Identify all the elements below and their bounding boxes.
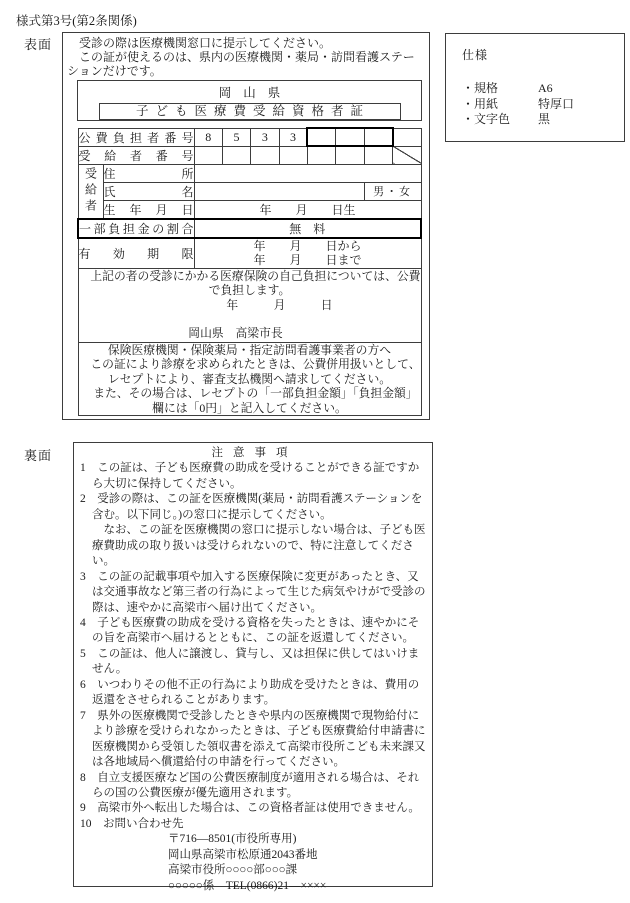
bold-frame-cell (307, 128, 335, 146)
statement-row: 上記の者の受診にかかる医療保険の自己負担については、公費で負担します。 年 月 … (78, 268, 421, 342)
certificate-title: 子ども医療費受給資格者証 (99, 103, 401, 120)
prefecture-name: 岡山県 (78, 83, 421, 101)
diagonal-slash-cell (393, 146, 421, 164)
front-side-label: 表面 (24, 34, 52, 53)
note-item: 1 この証は、子ども医療費の助成を受けることができる証ですから大切に保持してくだ… (80, 461, 429, 492)
note-item: 10 お問い合わせ先 (80, 817, 429, 832)
contact-line: 高梁市役所○○○○部○○○課 (80, 863, 429, 878)
empty-digit-cell (194, 146, 222, 164)
spec-item-value: 特厚口 (538, 97, 574, 113)
statement-text: 上記の者の受診にかかる医療保険の自己負担については、公費で負担します。 (79, 269, 421, 298)
spec-title: 仕様 (462, 46, 624, 63)
name-row: 氏名 男・女 (78, 182, 421, 200)
empty-digit-cell (251, 146, 279, 164)
bold-frame-cell (364, 128, 392, 146)
spec-item: ・文字色 黒 (462, 112, 624, 128)
recipient-group-label: 受給者 (85, 167, 97, 215)
provider-notice-section: 保険医療機関・保険薬局・指定訪問看護事業者の方へ この証により診療を求められたと… (78, 342, 421, 416)
note-item: 7 県外の医療機関で受診したときや県内の医療機関で現物給付により診療を受けられな… (80, 709, 429, 771)
spec-item-label: ・規格 (462, 81, 538, 97)
payer-digit-cell: 5 (222, 128, 250, 146)
front-intro: 受診の際は医療機関窓口に提示してください。 この証が使えるのは、県内の医療機関・… (67, 36, 423, 78)
spec-item-value: A6 (538, 81, 553, 97)
statement-date: 年 月 日 (79, 298, 421, 313)
note-item: 8 自立支援医療など国の公費医療制度が適用される場合は、それらの国の公費医療が優… (80, 771, 429, 802)
front-panel: 受診の際は医療機関窓口に提示してください。 この証が使えるのは、県内の医療機関・… (62, 32, 430, 420)
note-item: 5 この証は、他人に譲渡し、貸与し、又は担保に供してはいけません。 (80, 647, 429, 678)
note-item: 6 いつわりその他不正の行為により助成を受けたときは、費用の返還をさせられること… (80, 678, 429, 709)
name-label: 氏名 (103, 182, 194, 200)
validity-label: 有効期限 (78, 238, 194, 269)
form-number-label: 様式第3号(第2条関係) (16, 11, 137, 29)
birth-label: 生年月日 (103, 200, 194, 219)
recipient-number-row: 受給者番号 (78, 146, 421, 164)
payer-digit-cell: 3 (251, 128, 279, 146)
spec-panel: 仕様 ・規格 A6 ・用紙 特厚口 ・文字色 黒 (445, 33, 625, 142)
notes-title: 注意事項 (80, 446, 429, 461)
empty-digit-cell (222, 146, 250, 164)
validity-value-cell: 年 月 日から 年 月 日まで (194, 238, 421, 269)
payer-number-label: 公費負担者番号 (78, 128, 194, 146)
back-side-label: 裏面 (24, 445, 52, 464)
note-item: 9 高梁市外へ転出した場合は、この資格者証は使用できません。 (80, 801, 429, 816)
contact-line: ○○○○○係 TEL(0866)21―×××× (80, 879, 429, 894)
recipient-group-cell: 受給者 (78, 164, 103, 219)
birth-value: 年 月 日生 (194, 200, 421, 219)
contact-line: 〒716―8501(市役所専用) (80, 832, 429, 847)
empty-digit-cell (393, 128, 421, 146)
sex-options: 男・女 (364, 182, 421, 200)
copay-label: 一部負担金の割合 (78, 219, 194, 238)
copay-value: 無 料 (194, 219, 421, 238)
empty-digit-cell (307, 146, 335, 164)
birth-row: 生年月日 年 月 日生 (78, 200, 421, 219)
spec-item-label: ・文字色 (462, 112, 538, 128)
empty-digit-cell (279, 146, 307, 164)
address-label: 住所 (103, 164, 194, 182)
address-row: 受給者 住所 (78, 164, 421, 182)
bold-frame-cell (336, 128, 364, 146)
notice-heading: 保険医療機関・保険薬局・指定訪問看護事業者の方へ (79, 343, 421, 358)
payer-digit-cell: 8 (194, 128, 222, 146)
name-value-cell (194, 182, 364, 200)
spec-item-label: ・用紙 (462, 97, 538, 113)
spec-items: ・規格 A6 ・用紙 特厚口 ・文字色 黒 (462, 81, 624, 128)
provider-notice-row: 保険医療機関・保険薬局・指定訪問看護事業者の方へ この証により診療を求められたと… (78, 342, 421, 416)
certificate-table: 公費負担者番号 8 5 3 3 受給者番号 受給者 住所 (77, 127, 422, 416)
contact-line: 岡山県高梁市松原通2043番地 (80, 848, 429, 863)
back-panel: 注意事項 1 この証は、子ども医療費の助成を受けることができる証ですから大切に保… (73, 442, 433, 887)
empty-digit-cell (364, 146, 392, 164)
certificate-header: 岡山県 子ども医療費受給資格者証 (77, 80, 422, 121)
copay-row: 一部負担金の割合 無 料 (78, 219, 421, 238)
validity-to: 年 月 日まで (195, 253, 421, 268)
empty-digit-cell (336, 146, 364, 164)
validity-from: 年 月 日から (195, 239, 421, 254)
note-item: 3 この証の記載事項や加入する医療保険に変更があったとき、又は交通事故など第三者… (80, 570, 429, 616)
recipient-number-label: 受給者番号 (78, 146, 194, 164)
spec-item: ・用紙 特厚口 (462, 97, 624, 113)
spec-item: ・規格 A6 (462, 81, 624, 97)
note-sub-item: なお、この証を医療機関の窓口に提示しない場合は、子ども医療費助成の取り扱いは受け… (80, 523, 429, 569)
spec-item-value: 黒 (538, 112, 550, 128)
intro-line-2: この証が使えるのは、県内の医療機関・薬局・訪問看護ステーションだけです。 (67, 50, 423, 78)
validity-row: 有効期限 年 月 日から 年 月 日まで (78, 238, 421, 269)
statement-section: 上記の者の受診にかかる医療保険の自己負担については、公費で負担します。 年 月 … (78, 268, 421, 342)
address-value-cell (194, 164, 421, 182)
intro-line-1: 受診の際は医療機関窓口に提示してください。 (67, 36, 423, 50)
note-item: 2 受診の際は、この証を医療機関(薬局・訪問看護ステーションを含む。以下同じ。)… (80, 492, 429, 523)
payer-digit-cell: 3 (279, 128, 307, 146)
issuer-name: 岡山県 高梁市長 (79, 326, 421, 341)
notice-paragraph: この証により診療を求められたときは、公費併用扱いとして、レセプトにより、審査支払… (79, 357, 421, 386)
note-item: 4 子ども医療費の助成を受ける資格を失ったときは、速やかにその旨を高梁市へ届ける… (80, 616, 429, 647)
notice-paragraph: また、その場合は、レセプトの「一部負担金額」「負担金額」欄には「0円」と記入して… (79, 386, 421, 415)
payer-number-row: 公費負担者番号 8 5 3 3 (78, 128, 421, 146)
